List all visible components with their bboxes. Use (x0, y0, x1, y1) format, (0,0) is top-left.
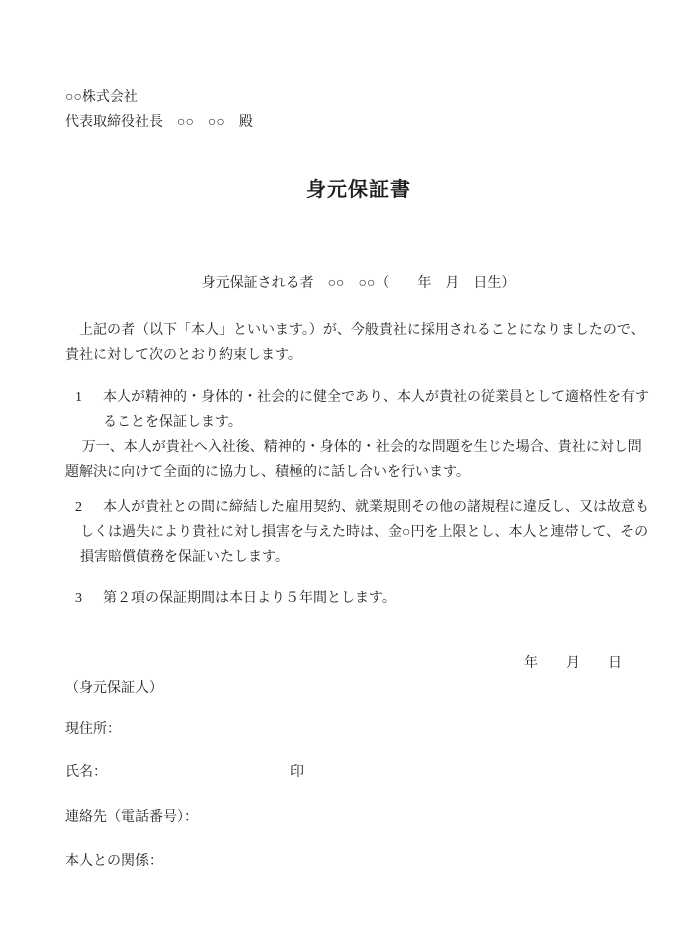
clause-3: 3 第２項の保証期間は本日より５年間とします。 (65, 586, 652, 611)
seal-mark: 印 (290, 760, 304, 785)
date-line: 年 月 日 (65, 651, 652, 676)
clause-2-number: 2 (75, 495, 82, 520)
recipient-addressee: 代表取締役社長 ○○ ○○ 殿 (65, 110, 652, 135)
clause-1-text: 本人が精神的・身体的・社会的に健全であり、本人が貴社の従業員として適格性を有する… (103, 385, 652, 435)
relation-field-label: 本人との関係： (65, 854, 163, 869)
clause-1-number: 1 (75, 385, 82, 410)
identity-guarantee-document: ○○株式会社 代表取締役社長 ○○ ○○ 殿 身元保証書 身元保証される者 ○○… (0, 0, 700, 930)
guaranteed-person-line: 身元保証される者 ○○ ○○（ 年 月 日生） (65, 271, 652, 296)
recipient-company: ○○株式会社 (65, 85, 652, 110)
guarantor-label: （身元保証人） (65, 676, 652, 701)
clause-2: 2 本人が貴社との間に締結した雇用契約、就業規則その他の諸規程に違反し、又は故意… (65, 495, 652, 570)
clause-3-number: 3 (75, 586, 82, 611)
relation-field: 本人との関係： (65, 849, 652, 874)
contact-field-label: 連絡先（電話番号）： (65, 810, 198, 825)
clause-1: 1 本人が精神的・身体的・社会的に健全であり、本人が貴社の従業員として適格性を有… (65, 385, 652, 435)
recipient-block: ○○株式会社 代表取締役社長 ○○ ○○ 殿 (65, 85, 652, 135)
intro-paragraph: 上記の者（以下「本人」といいます。）が、今般貴社に採用されることになりましたので… (65, 318, 652, 368)
clause-2-text: 本人が貴社との間に締結した雇用契約、就業規則その他の諸規程に違反し、又は故意もし… (80, 495, 652, 570)
name-field: 氏名： 印 (65, 760, 652, 785)
name-field-label: 氏名： (65, 765, 107, 780)
clause-1-supplement: 万一、本人が貴社へ入社後、精神的・身体的・社会的な問題を生じた場合、貴社に対し問… (65, 435, 652, 485)
clause-3-text: 第２項の保証期間は本日より５年間とします。 (103, 586, 652, 611)
address-field-label: 現住所： (65, 722, 121, 737)
document-title: 身元保証書 (65, 178, 652, 203)
address-field: 現住所： (65, 717, 652, 742)
contact-field: 連絡先（電話番号）： (65, 805, 652, 830)
